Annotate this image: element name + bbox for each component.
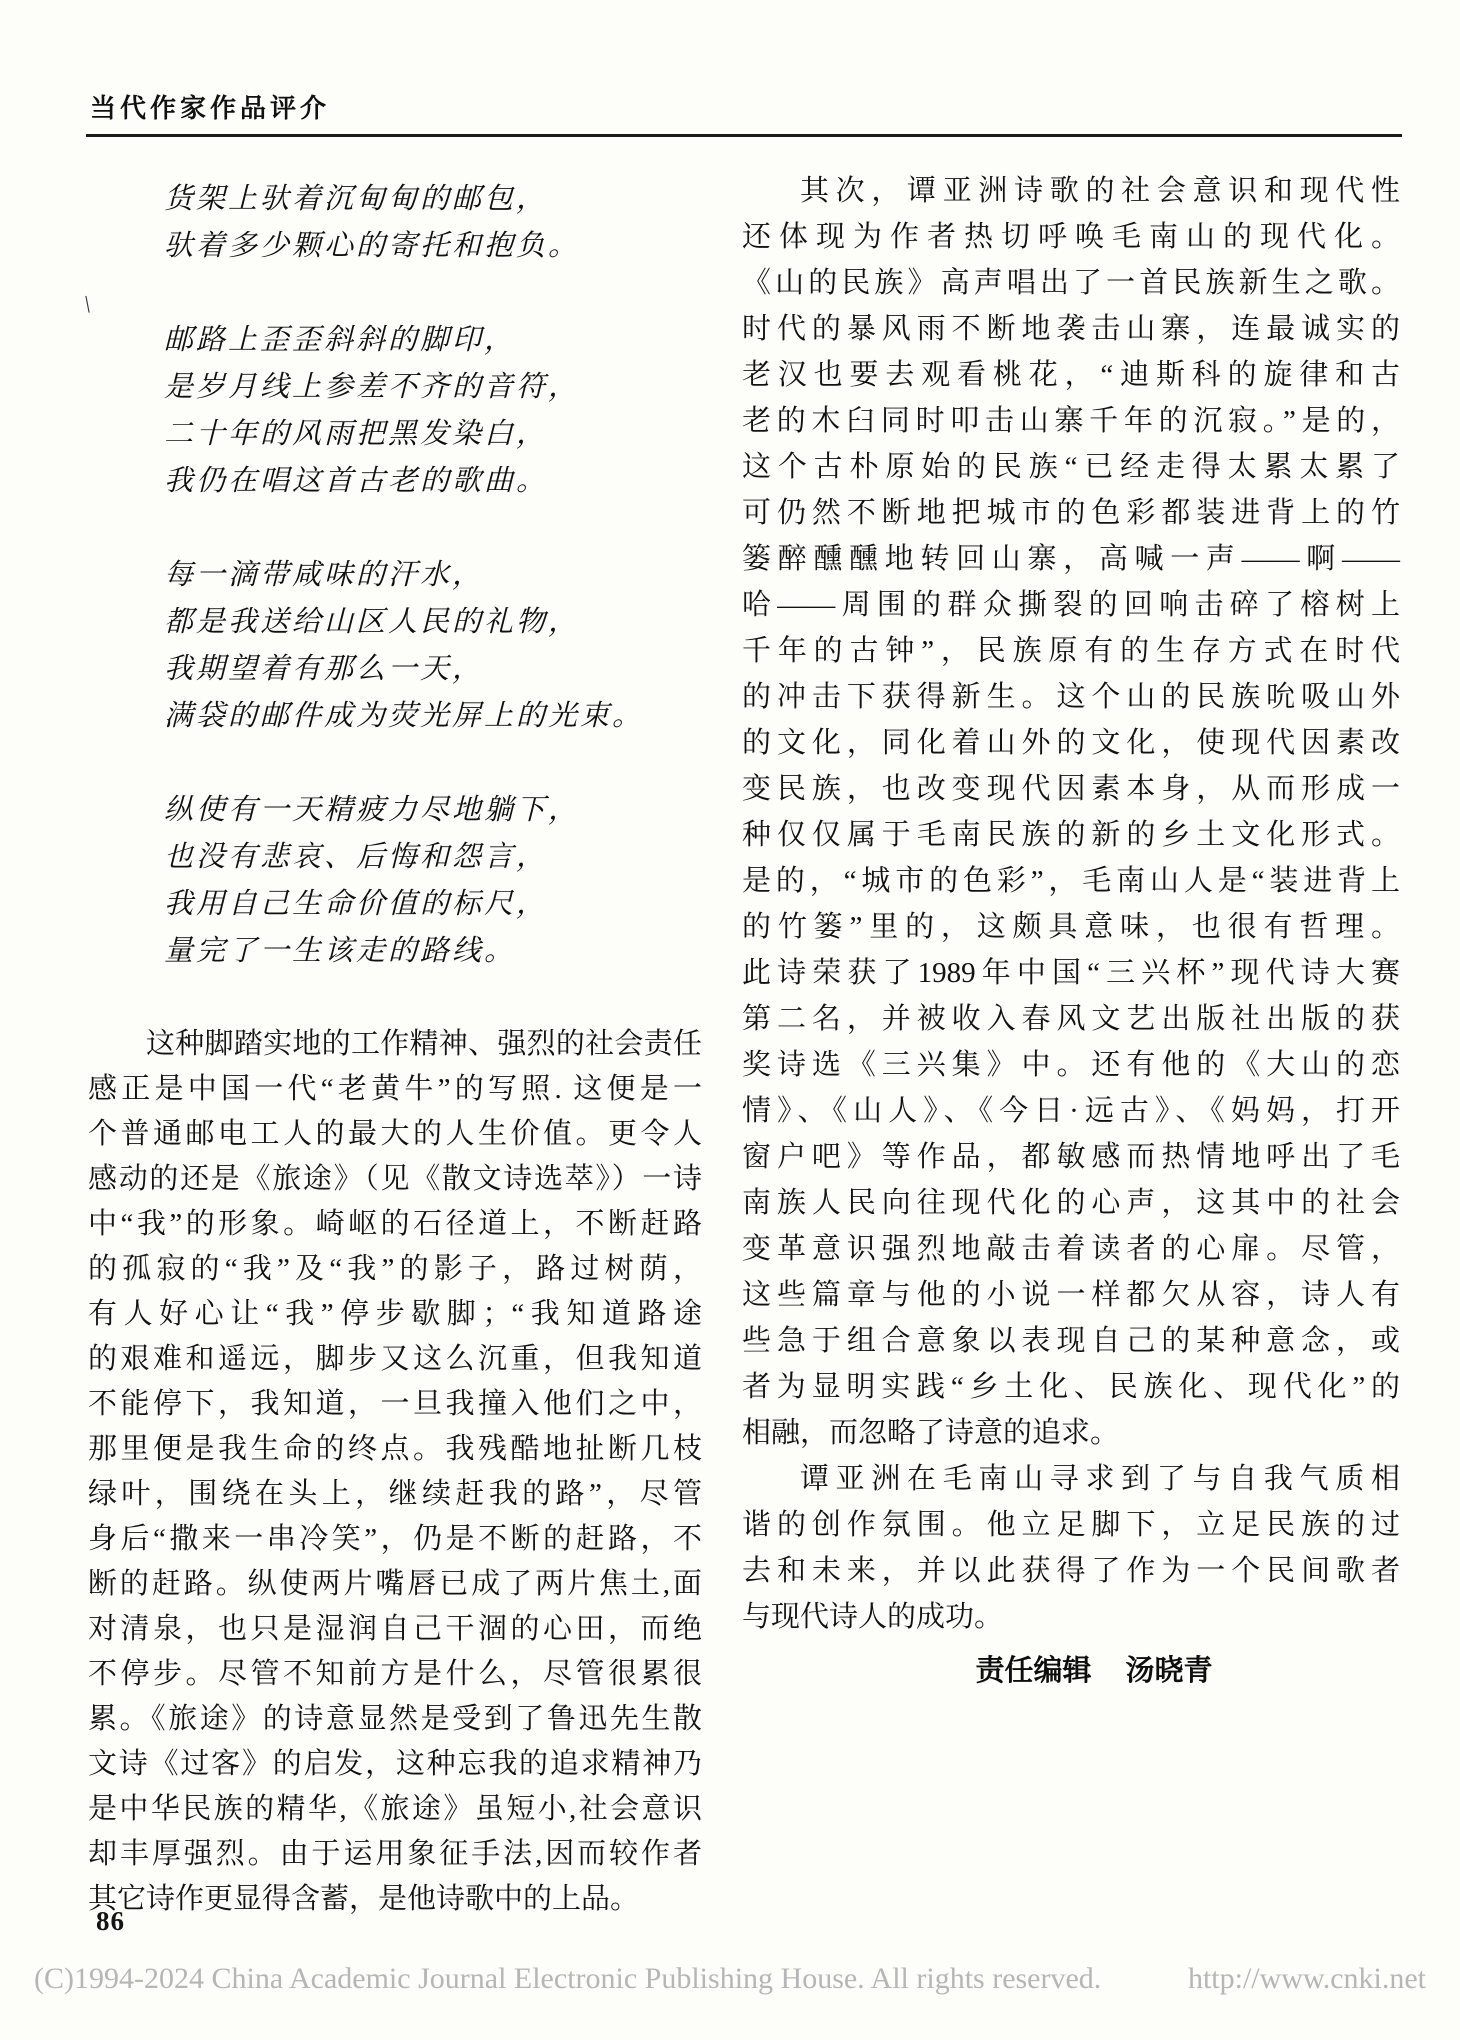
poem-line: 我仍在唱这首古老的歌曲。 xyxy=(164,458,702,505)
poem-line: 量完了一生该走的路线。 xyxy=(164,928,702,975)
footer-url: http://www.cnki.net xyxy=(1188,1962,1426,1996)
poem-line: 我用自己生命价值的标尺， xyxy=(164,881,702,928)
text-line: 谭亚洲在毛南山寻求到了与自我气质相 xyxy=(742,1456,1400,1502)
left-prose-block: 这种脚踏实地的工作精神、强烈的社会责任感正是中国一代“老黄牛”的写照. 这便是一… xyxy=(88,1022,702,1922)
text-line: 的艰难和遥远，脚步又这么沉重，但我知道 xyxy=(88,1337,702,1382)
text-line: 绿叶，围绕在头上，继续赶我的路”，尽管 xyxy=(88,1472,702,1517)
left-column: 货架上驮着沉甸甸的邮包，驮着多少颗心的寄托和抱负。邮路上歪歪斜斜的脚印，是岁月线… xyxy=(88,176,702,1922)
text-line: 时代的暴风雨不断地袭击山寨，连最诚实的 xyxy=(742,306,1400,352)
poem-line: 每一滴带咸味的汗水， xyxy=(164,552,702,599)
poem-block: 货架上驮着沉甸甸的邮包，驮着多少颗心的寄托和抱负。邮路上歪歪斜斜的脚印，是岁月线… xyxy=(88,176,702,975)
text-line: 变民族，也改变现代因素本身，从而形成一 xyxy=(742,766,1400,812)
text-line: 窗户吧》等作品，都敏感而热情地呼出了毛 xyxy=(742,1134,1400,1180)
text-line: 感动的还是《旅途》（见《散文诗选萃》）一诗 xyxy=(88,1157,702,1202)
poem-stanza: 货架上驮着沉甸甸的邮包，驮着多少颗心的寄托和抱负。 xyxy=(164,176,702,270)
text-line: 中“我”的形象。崎岖的石径道上，不断赶路 xyxy=(88,1202,702,1247)
text-line: 是的，“城市的色彩”，毛南山人是“装进背上 xyxy=(742,858,1400,904)
text-line: 的文化，同化着山外的文化，使现代因素改 xyxy=(742,720,1400,766)
text-line: 不能停下，我知道，一旦我撞入他们之中， xyxy=(88,1382,702,1427)
poem-line: 邮路上歪歪斜斜的脚印， xyxy=(164,317,702,364)
text-line: 那里便是我生命的终点。我残酷地扯断几枝 xyxy=(88,1427,702,1472)
text-line: 去和未来，并以此获得了作为一个民间歌者 xyxy=(742,1548,1400,1594)
text-line: 累。《旅途》的诗意显然是受到了鲁迅先生散 xyxy=(88,1697,702,1742)
poem-line: 满袋的邮件成为荧光屏上的光束。 xyxy=(164,693,702,740)
page-number: 86 xyxy=(96,1906,125,1937)
poem-line: 驮着多少颗心的寄托和抱负。 xyxy=(164,223,702,270)
text-line: 文诗《过客》的启发，这种忘我的追求精神乃 xyxy=(88,1742,702,1787)
poem-line: 也没有悲哀、后悔和怨言， xyxy=(164,834,702,881)
poem-stanza: 邮路上歪歪斜斜的脚印，是岁月线上参差不齐的音符，二十年的风雨把黑发染白，我仍在唱… xyxy=(164,317,702,505)
text-line: 些急于组合意象以表现自己的某种意念，或 xyxy=(742,1318,1400,1364)
poem-line: 货架上驮着沉甸甸的邮包， xyxy=(164,176,702,223)
text-line: 情》、《山人》、《今日·远古》、《妈妈，打开 xyxy=(742,1088,1400,1134)
text-line: 第二名，并被收入春风文艺出版社出版的获 xyxy=(742,996,1400,1042)
poem-line: 我期望着有那么一天， xyxy=(164,646,702,693)
footer: (C)1994-2024 China Academic Journal Elec… xyxy=(0,1962,1460,1996)
header-rule xyxy=(86,134,1402,137)
text-line: 的冲击下获得新生。这个山的民族吮吸山外 xyxy=(742,674,1400,720)
editor-name: 汤晓青 xyxy=(1126,1655,1213,1687)
journal-page: 当代作家作品评介 \ 货架上驮着沉甸甸的邮包，驮着多少颗心的寄托和抱负。邮路上歪… xyxy=(0,0,1460,2040)
text-line: 这些篇章与他的小说一样都欠从容，诗人有 xyxy=(742,1272,1400,1318)
text-line: 千年的古钟”，民族原有的生存方式在时代 xyxy=(742,628,1400,674)
text-line: 南族人民向往现代化的心声，这其中的社会 xyxy=(742,1180,1400,1226)
text-line: 可仍然不断地把城市的色彩都装进背上的竹 xyxy=(742,490,1400,536)
right-column: 其次，谭亚洲诗歌的社会意识和现代性还体现为作者热切呼唤毛南山的现代化。《山的民族… xyxy=(742,168,1400,1689)
poem-line: 是岁月线上参差不齐的音符， xyxy=(164,364,702,411)
text-line: 相融，而忽略了诗意的追求。 xyxy=(742,1410,1400,1456)
text-line: 个普通邮电工人的最大的人生价值。更令人 xyxy=(88,1112,702,1157)
poem-line: 纵使有一天精疲力尽地躺下， xyxy=(164,787,702,834)
text-line: 其它诗作更显得含蓄，是他诗歌中的上品。 xyxy=(88,1877,702,1922)
text-line: 其次，谭亚洲诗歌的社会意识和现代性 xyxy=(742,168,1400,214)
text-line: 种仅仅属于毛南民族的新的乡土文化形式。 xyxy=(742,812,1400,858)
page-header: 当代作家作品评介 xyxy=(90,88,330,125)
poem-stanza: 纵使有一天精疲力尽地躺下，也没有悲哀、后悔和怨言，我用自己生命价值的标尺，量完了… xyxy=(164,787,702,975)
text-line: 老的木臼同时叩击山寨千年的沉寂。”是的， xyxy=(742,398,1400,444)
text-line: 却丰厚强烈。由于运用象征手法,因而较作者 xyxy=(88,1832,702,1877)
text-line: 奖诗选《三兴集》中。还有他的《大山的恋 xyxy=(742,1042,1400,1088)
text-line: 还体现为作者热切呼唤毛南山的现代化。 xyxy=(742,214,1400,260)
text-line: 感正是中国一代“老黄牛”的写照. 这便是一 xyxy=(88,1067,702,1112)
text-line: 身后“撒来一串冷笑”，仍是不断的赶路，不 xyxy=(88,1517,702,1562)
text-line: 这个古朴原始的民族“已经走得太累太累了 xyxy=(742,444,1400,490)
text-line: 与现代诗人的成功。 xyxy=(742,1594,1400,1640)
editor-credit: 责任编辑汤晓青 xyxy=(742,1648,1400,1689)
text-line: 谐的创作氛围。他立足脚下，立足民族的过 xyxy=(742,1502,1400,1548)
poem-line: 二十年的风雨把黑发染白， xyxy=(164,411,702,458)
text-line: 的孤寂的“我”及“我”的影子，路过树荫， xyxy=(88,1247,702,1292)
text-line: 老汉也要去观看桃花，“迪斯科的旋律和古 xyxy=(742,352,1400,398)
text-line: 此诗荣获了1989年中国“三兴杯”现代诗大赛 xyxy=(742,950,1400,996)
text-line: 者为显明实践“乡土化、民族化、现代化”的 xyxy=(742,1364,1400,1410)
text-line: 对清泉，也只是湿润自己干涸的心田，而绝 xyxy=(88,1607,702,1652)
text-line: 《山的民族》高声唱出了一首民族新生之歌。 xyxy=(742,260,1400,306)
text-line: 的竹篓”里的，这颇具意味，也很有哲理。 xyxy=(742,904,1400,950)
text-line: 是中华民族的精华,《旅途》虽短小,社会意识 xyxy=(88,1787,702,1832)
poem-line: 都是我送给山区人民的礼物， xyxy=(164,599,702,646)
footer-copyright: (C)1994-2024 China Academic Journal Elec… xyxy=(34,1962,1101,1996)
right-prose-block: 其次，谭亚洲诗歌的社会意识和现代性还体现为作者热切呼唤毛南山的现代化。《山的民族… xyxy=(742,168,1400,1640)
text-line: 哈——周围的群众撕裂的回响击碎了榕树上 xyxy=(742,582,1400,628)
text-line: 不停步。尽管不知前方是什么，尽管很累很 xyxy=(88,1652,702,1697)
text-line: 变革意识强烈地敲击着读者的心扉。尽管， xyxy=(742,1226,1400,1272)
text-line: 断的赶路。纵使两片嘴唇已成了两片焦土,面 xyxy=(88,1562,702,1607)
poem-stanza: 每一滴带咸味的汗水，都是我送给山区人民的礼物，我期望着有那么一天，满袋的邮件成为… xyxy=(164,552,702,740)
editor-label: 责任编辑 xyxy=(975,1655,1091,1687)
text-line: 有人好心让“我”停步歇脚；“我知道路途 xyxy=(88,1292,702,1337)
text-line: 篓醉醺醺地转回山寨，高喊一声——啊—— xyxy=(742,536,1400,582)
text-line: 这种脚踏实地的工作精神、强烈的社会责任 xyxy=(88,1022,702,1067)
